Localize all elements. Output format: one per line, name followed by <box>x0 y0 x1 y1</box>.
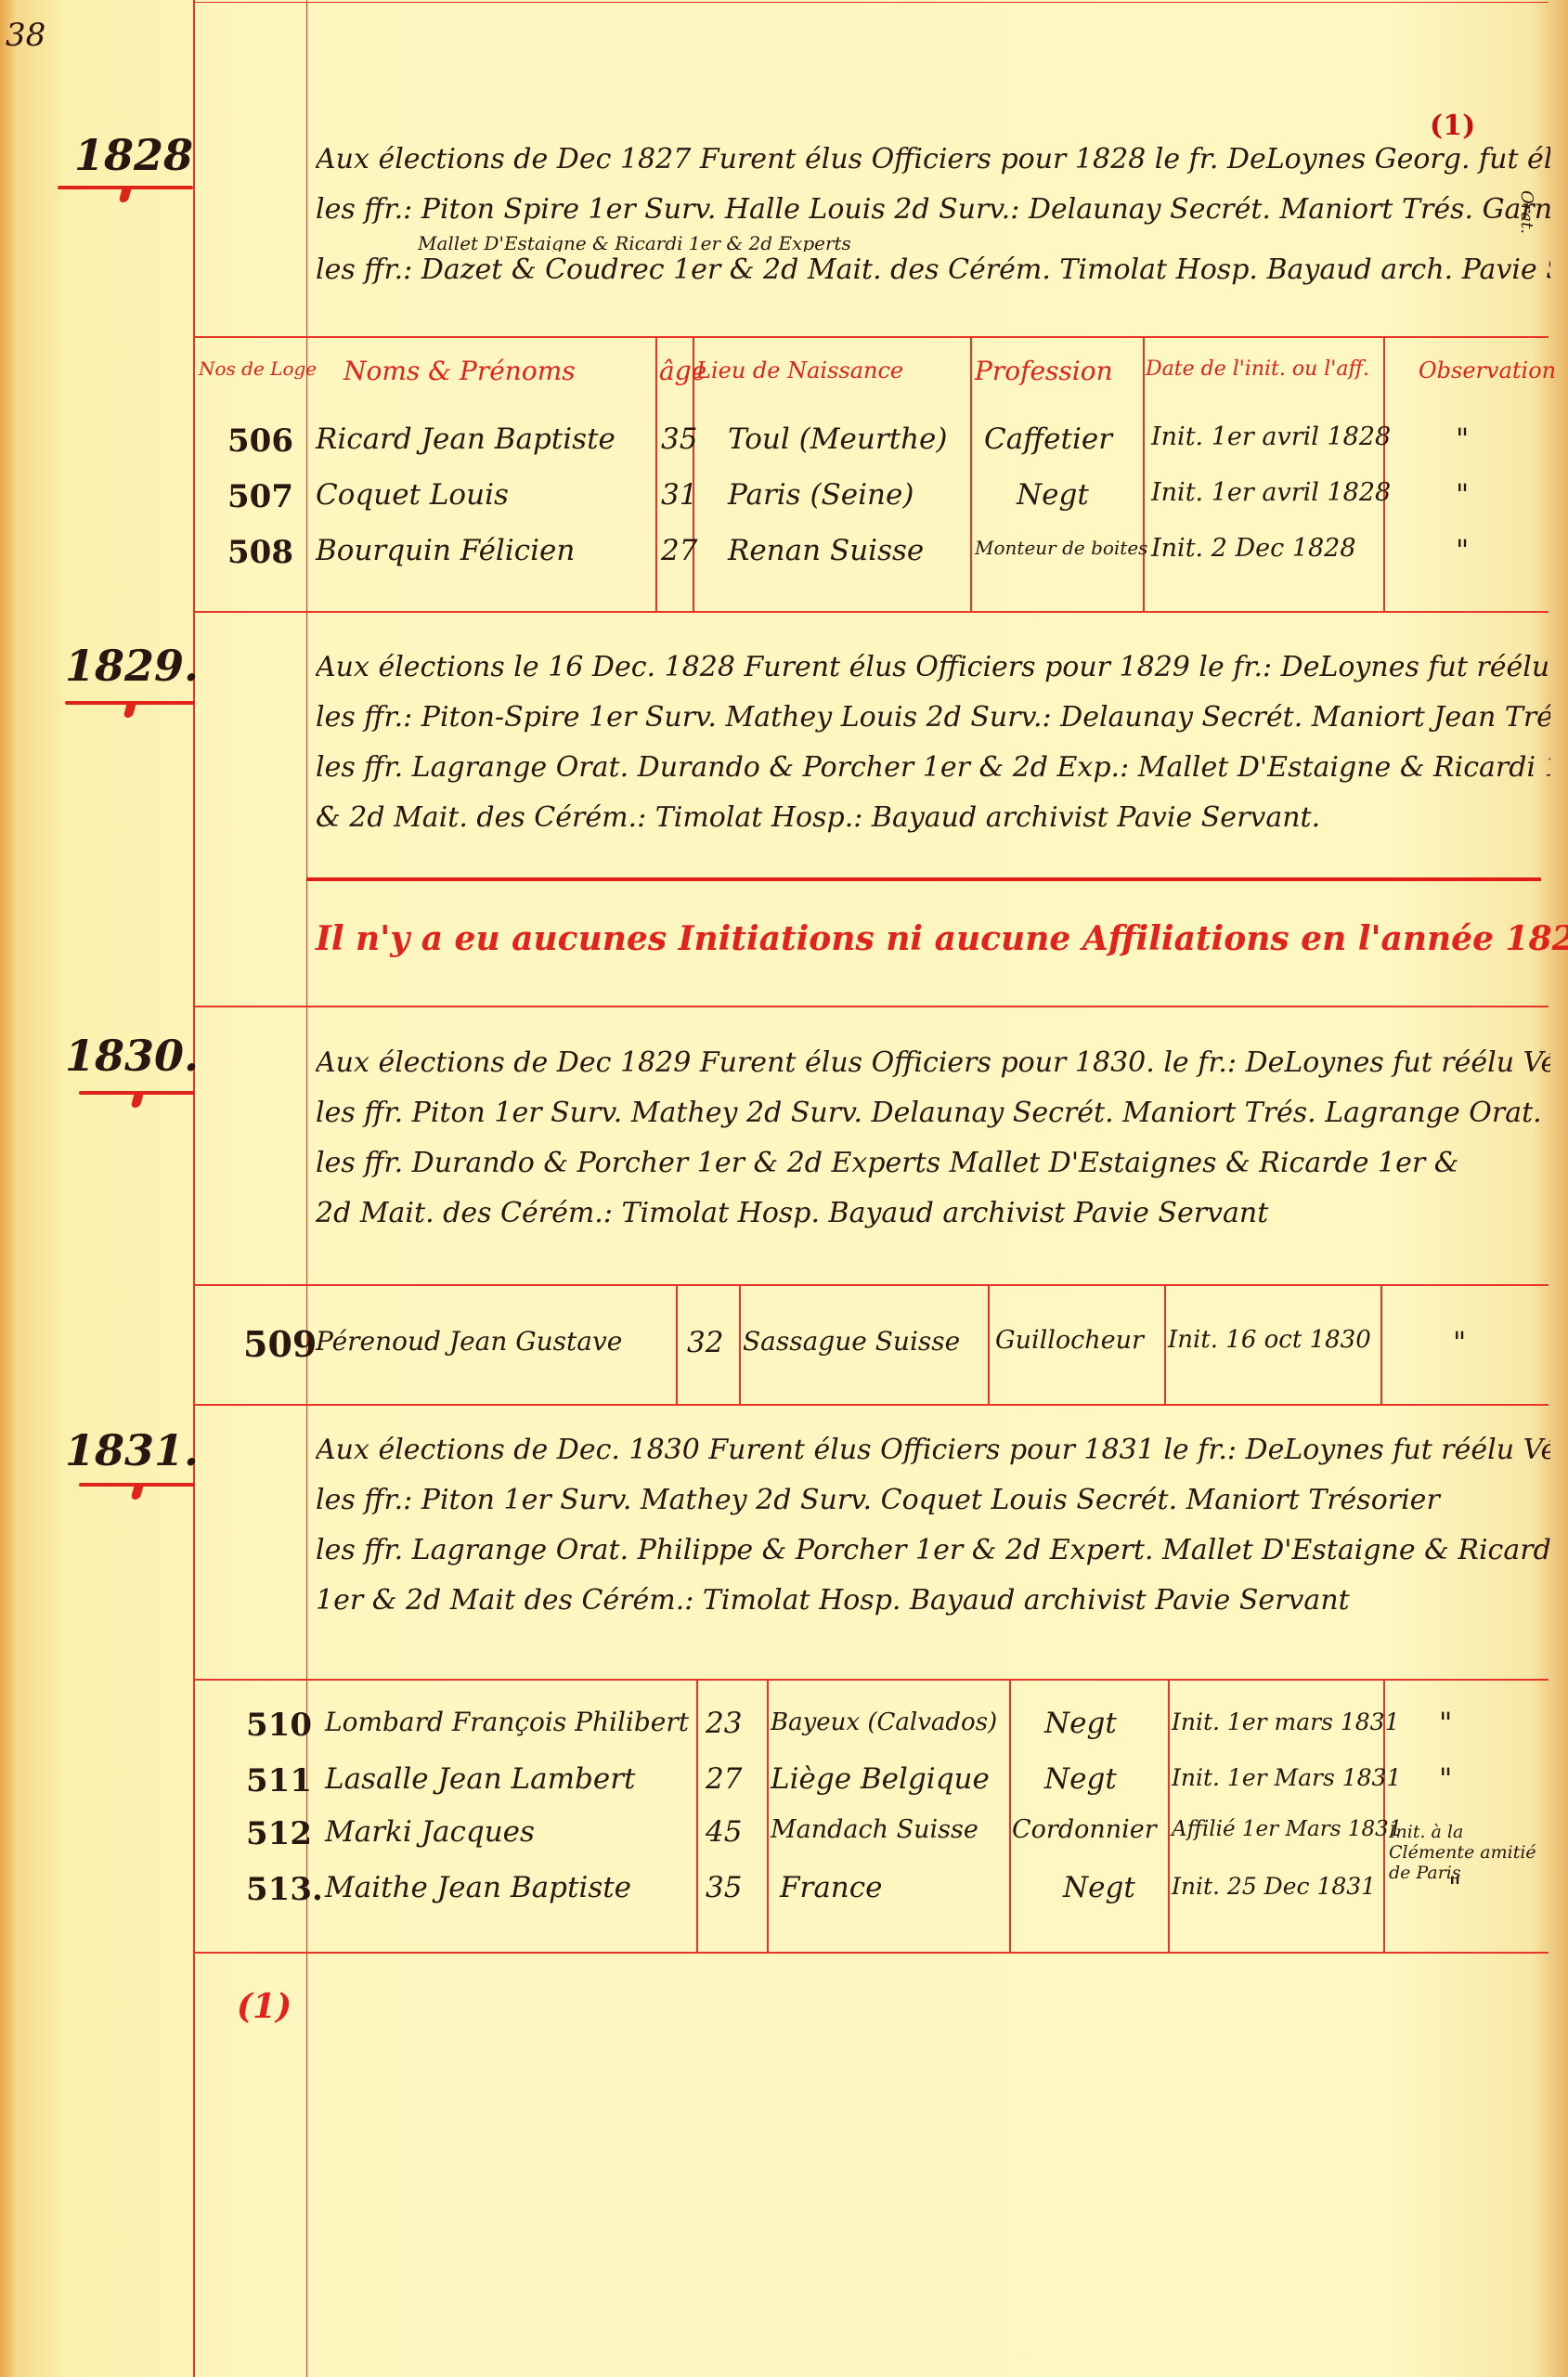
member-observation: " <box>1453 1326 1466 1359</box>
member-name: Ricard Jean Baptiste <box>316 422 616 456</box>
member-name: Maithe Jean Baptiste <box>325 1871 631 1904</box>
year-heading-1831: 1831. <box>65 1425 199 1475</box>
member-date: Init. 1er Mars 1831 <box>1172 1764 1401 1791</box>
col-rule <box>1164 1284 1166 1404</box>
minutes-line: les ffr. Lagrange Orat. Philippe & Porch… <box>316 1526 1550 1576</box>
header-profession: Profession <box>975 356 1113 386</box>
member-no: 513. <box>246 1871 323 1908</box>
election-minutes-1831: Aux élections de Dec. 1830 Furent élus O… <box>316 1425 1550 1626</box>
year-heading-1830: 1830. <box>65 1031 199 1081</box>
member-date: Init. 25 Dec 1831 <box>1172 1873 1376 1900</box>
member-age: 31 <box>661 478 697 512</box>
minutes-line: les ffr. Lagrange Orat. Durando & Porche… <box>316 743 1550 793</box>
year-heading-1829: 1829. <box>65 641 199 691</box>
header-no: Nos de Loge <box>199 357 317 380</box>
minutes-line: les ffr. Durando & Porcher 1er & 2d Expe… <box>316 1138 1550 1188</box>
member-birthplace: Mandach Suisse <box>771 1815 978 1844</box>
member-age: 45 <box>706 1815 742 1849</box>
col-rule <box>655 336 657 611</box>
member-age: 32 <box>687 1326 723 1359</box>
member-no: 506 <box>227 422 293 460</box>
col-rule <box>1380 1284 1382 1404</box>
member-observation: " <box>1448 1871 1461 1904</box>
header-name: Noms & Prénoms <box>343 356 576 386</box>
member-no: 512 <box>246 1815 312 1852</box>
year-heading-1828: 1828 <box>74 130 193 180</box>
col-rule <box>1383 336 1385 611</box>
no-initiations-note-1829: Il n'y a eu aucunes Initiations ni aucun… <box>316 919 1568 958</box>
member-age: 27 <box>661 534 697 567</box>
minutes-line: les ffr. Piton 1er Surv. Mathey 2d Surv.… <box>316 1088 1550 1138</box>
member-date: Init. 1er avril 1828 <box>1151 478 1391 507</box>
member-name: Bourquin Félicien <box>316 534 575 567</box>
member-no: 511 <box>246 1762 312 1799</box>
footnote-marker-bottom: (1) <box>237 1987 292 2026</box>
rule-1830-table-bottom <box>193 1404 1549 1406</box>
year-brace <box>58 186 193 189</box>
member-age: 35 <box>661 422 697 456</box>
col-rule <box>1009 1679 1011 1952</box>
minutes-line: Aux élections de Dec 1829 Furent élus Of… <box>316 1038 1550 1088</box>
member-age: 35 <box>706 1871 742 1904</box>
member-profession: Monteur de boites <box>975 537 1147 559</box>
member-date: Init. 2 Dec 1828 <box>1151 534 1356 563</box>
member-birthplace: Renan Suisse <box>728 534 924 567</box>
member-name: Lasalle Jean Lambert <box>325 1762 636 1796</box>
member-profession: Negt <box>1044 1707 1117 1740</box>
member-birthplace: Toul (Meurthe) <box>728 422 948 456</box>
member-no: 508 <box>227 534 293 571</box>
member-profession: Caffetier <box>984 422 1112 456</box>
member-name: Marki Jacques <box>325 1815 535 1849</box>
member-profession: Negt <box>1044 1762 1117 1796</box>
member-age: 27 <box>706 1762 742 1796</box>
member-name: Coquet Louis <box>316 478 509 512</box>
member-birthplace: Sassague Suisse <box>743 1326 960 1357</box>
page-number: 38 <box>6 17 45 54</box>
rule-table-1828-bottom <box>193 611 1549 613</box>
member-profession: Negt <box>1063 1871 1135 1904</box>
election-minutes-1829: Aux élections le 16 Dec. 1828 Furent élu… <box>316 643 1550 843</box>
col-rule <box>739 1284 741 1404</box>
member-age: 23 <box>706 1707 742 1740</box>
minutes-line: 2d Mait. des Cérém.: Timolat Hosp. Bayau… <box>316 1188 1550 1239</box>
rule-note-bottom <box>193 1006 1549 1007</box>
member-birthplace: Paris (Seine) <box>728 478 914 512</box>
election-minutes-1830: Aux élections de Dec 1829 Furent élus Of… <box>316 1038 1550 1239</box>
minutes-line: Aux élections de Dec 1827 Furent élus Of… <box>316 135 1550 185</box>
header-birthplace: Lieu de Naissance <box>696 357 903 383</box>
member-date: Init. 1er mars 1831 <box>1172 1708 1399 1735</box>
member-observation: " <box>1439 1762 1452 1796</box>
minutes-line: Aux élections le 16 Dec. 1828 Furent élu… <box>316 643 1550 693</box>
minutes-line: les ffr.: Piton Spire 1er Surv. Halle Lo… <box>316 185 1550 235</box>
col-rule <box>676 1284 678 1404</box>
col-rule <box>1143 336 1145 611</box>
minutes-line: les ffr.: Piton-Spire 1er Surv. Mathey L… <box>316 693 1550 743</box>
member-no: 509 <box>243 1323 317 1365</box>
election-minutes-1828: Aux élections de Dec 1827 Furent élus Of… <box>316 135 1550 289</box>
year-brace <box>79 1091 195 1095</box>
member-no: 510 <box>246 1707 312 1744</box>
member-no: 507 <box>227 478 293 515</box>
member-profession: Guillocheur <box>995 1326 1144 1355</box>
member-observation: " <box>1439 1707 1452 1740</box>
member-observation: " <box>1456 534 1469 567</box>
margin-rule-inner <box>306 0 307 2377</box>
year-brace <box>65 701 195 705</box>
minutes-line: les ffr.: Piton 1er Surv. Mathey 2d Surv… <box>316 1475 1550 1526</box>
rule-1829-end <box>306 877 1541 881</box>
member-birthplace: Liège Belgique <box>771 1762 990 1796</box>
member-name: Lombard François Philibert <box>325 1707 689 1737</box>
member-observation: " <box>1456 478 1469 512</box>
minutes-line: les ffr.: Dazet & Coudrec 1er & 2d Mait.… <box>316 252 1550 289</box>
member-date: Init. 1er avril 1828 <box>1151 422 1391 451</box>
rule-top <box>193 2 1549 3</box>
header-observation: Observation <box>1419 357 1556 383</box>
rule-table-1828-top <box>193 336 1549 338</box>
member-date: Init. 16 oct 1830 <box>1168 1326 1371 1354</box>
member-date: Affilié 1er Mars 1831 <box>1172 1817 1402 1841</box>
minutes-line: & 2d Mait. des Cérém.: Timolat Hosp.: Ba… <box>316 793 1550 843</box>
rule-1831-table-top <box>193 1679 1549 1681</box>
rule-1830-table-top <box>193 1284 1549 1286</box>
member-birthplace: Bayeux (Calvados) <box>771 1708 997 1736</box>
col-rule <box>767 1679 769 1952</box>
member-profession: Negt <box>1017 478 1089 512</box>
member-name: Pérenoud Jean Gustave <box>316 1326 622 1357</box>
col-rule <box>696 1679 698 1952</box>
member-observation: " <box>1456 422 1469 456</box>
member-birthplace: France <box>780 1871 882 1904</box>
header-date: Date de l'init. ou l'aff. <box>1146 357 1369 381</box>
member-observation: Init. à la Clémente amitié de Paris <box>1389 1822 1547 1883</box>
col-rule <box>1168 1679 1170 1952</box>
margin-rule-outer <box>193 0 195 2377</box>
minutes-line: 1er & 2d Mait des Cérém.: Timolat Hosp. … <box>316 1576 1550 1626</box>
year-brace <box>79 1483 195 1487</box>
minutes-line: Mallet D'Estaigne & Ricardi 1er & 2d Exp… <box>316 235 1550 252</box>
member-profession: Cordonnier <box>1012 1815 1157 1844</box>
col-rule <box>970 336 972 611</box>
minutes-line: Aux élections de Dec. 1830 Furent élus O… <box>316 1425 1550 1475</box>
col-rule <box>988 1284 990 1404</box>
rule-1831-table-bottom <box>193 1952 1549 1954</box>
